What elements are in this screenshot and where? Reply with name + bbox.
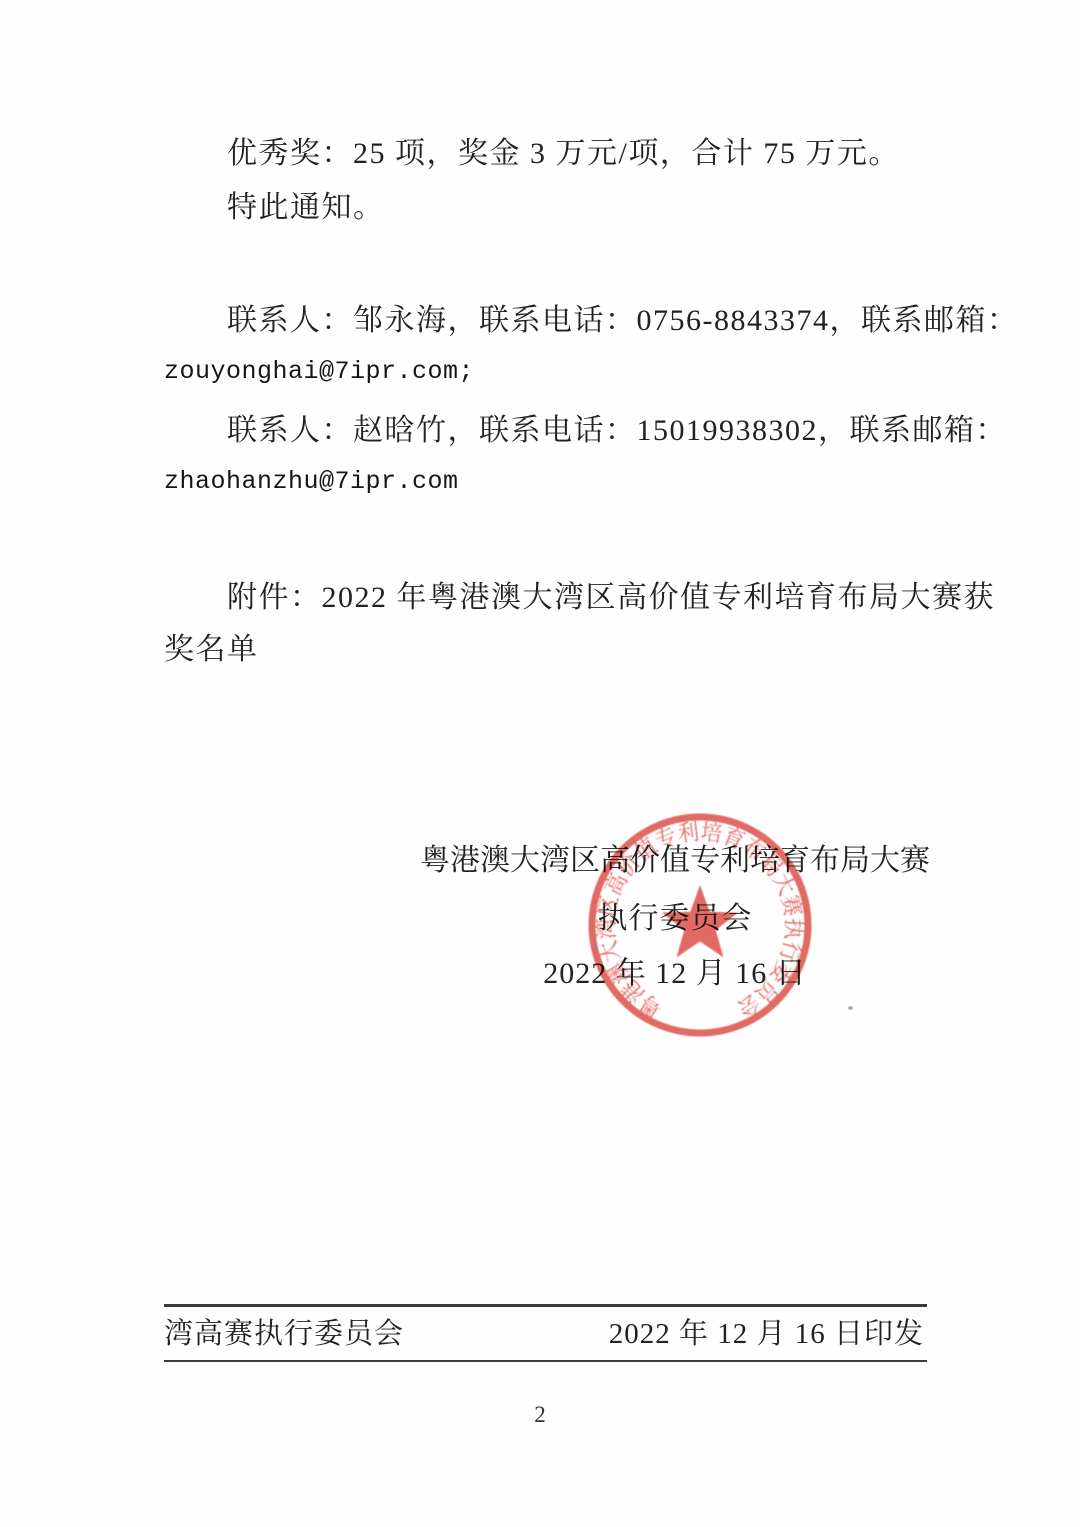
attachment-line-1: 附件：2022 年粤港澳大湾区高价值专利培育布局大赛获 [227, 582, 995, 614]
footer-rule-bottom [164, 1360, 927, 1362]
contact-email-1: zouyonghai@7ipr.com; [164, 358, 474, 385]
contact-line-2: 联系人：赵晗竹，联系电话：15019938302，联系邮箱： [227, 415, 1007, 447]
seal-star-icon [662, 885, 738, 957]
footer-print-date: 2022 年 12 月 16 日印发 [609, 1319, 924, 1351]
footer-issuer: 湾高赛执行委员会 [164, 1319, 404, 1351]
contact-email-2: zhaohanzhu@7ipr.com [164, 468, 459, 495]
footer-row: 湾高赛执行委员会 2022 年 12 月 16 日印发 [164, 1319, 924, 1351]
official-seal-stamp-icon: 粤港澳大湾区高价值专利培育布局大赛执行委员会 [570, 795, 830, 1055]
document-page: 优秀奖：25 项，奖金 3 万元/项，合计 75 万元。 特此通知。 联系人：邹… [0, 0, 1080, 1527]
page-number: 2 [0, 1402, 1080, 1428]
scan-speck-artifact [848, 1006, 853, 1010]
body-line-award: 优秀奖：25 项，奖金 3 万元/项，合计 75 万元。 [227, 138, 900, 170]
attachment-line-2: 奖名单 [164, 634, 259, 666]
footer-rule-top [164, 1304, 927, 1307]
body-line-notice: 特此通知。 [227, 192, 385, 224]
contact-line-1: 联系人：邹永海，联系电话：0756-8843374，联系邮箱： [227, 305, 1019, 337]
